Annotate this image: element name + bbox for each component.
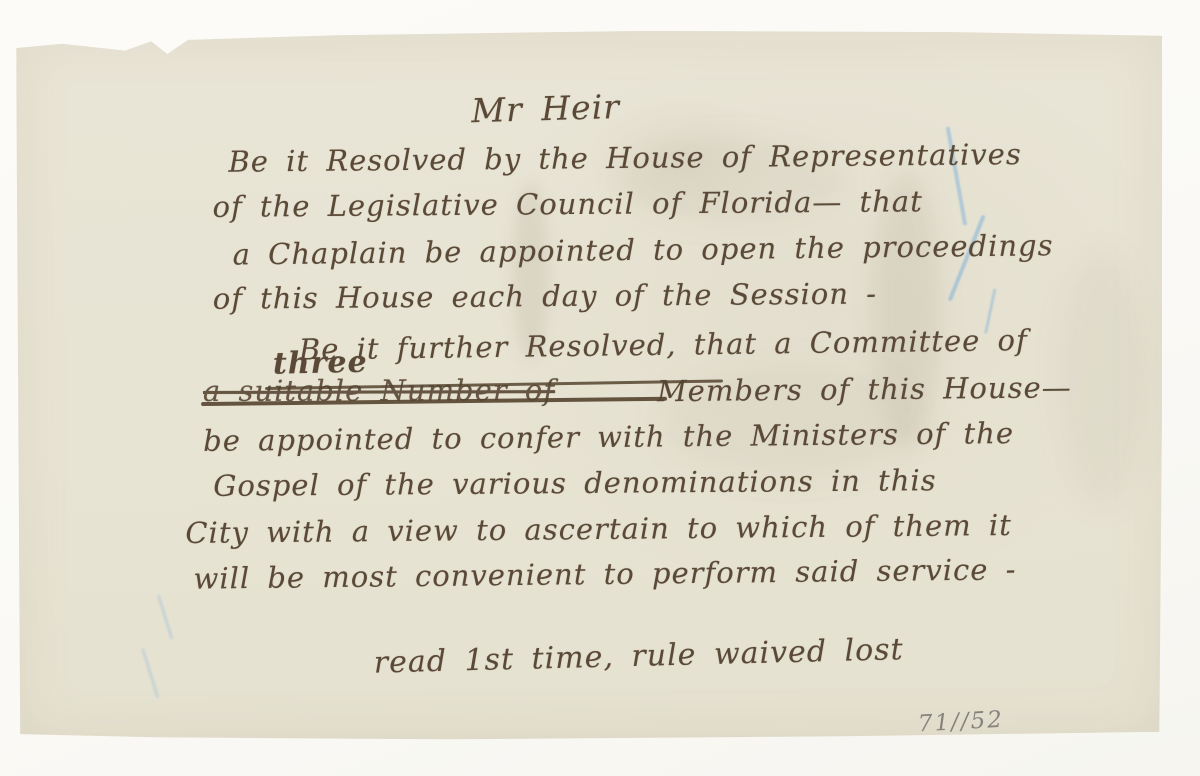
resolution-line: Be it further Resolved, that a Committee… bbox=[299, 323, 1028, 367]
salutation: Mr Heir bbox=[471, 87, 621, 130]
resolution-line: Be it Resolved by the House of Represent… bbox=[228, 137, 1022, 179]
docket-note: read 1st time, rule waived lost bbox=[373, 632, 904, 680]
resolution-line: of the Legislative Council of Florida— t… bbox=[212, 184, 923, 224]
manuscript-paper: Mr Heir Be it Resolved by the House of R… bbox=[16, 30, 1164, 741]
resolution-line: will be most convenient to perform said … bbox=[193, 552, 1016, 595]
blue-pencil-mark bbox=[157, 595, 173, 640]
resolution-line: of this House each day of the Session - bbox=[213, 277, 877, 316]
blue-pencil-mark bbox=[141, 648, 159, 699]
resolution-line: a Chaplain be appointed to open the proc… bbox=[232, 228, 1053, 271]
resolution-line: Members of this House— bbox=[657, 370, 1072, 408]
scan-background: Mr Heir Be it Resolved by the House of R… bbox=[0, 0, 1200, 776]
resolution-line: be appointed to confer with the Minister… bbox=[203, 416, 1014, 458]
archive-number-pencil: 71//52 bbox=[917, 707, 1004, 738]
struck-out-text: a suitable Number of bbox=[203, 373, 555, 408]
resolution-line: Gospel of the various denominations in t… bbox=[213, 463, 937, 503]
resolution-line: City with a view to ascertain to which o… bbox=[185, 508, 1012, 550]
